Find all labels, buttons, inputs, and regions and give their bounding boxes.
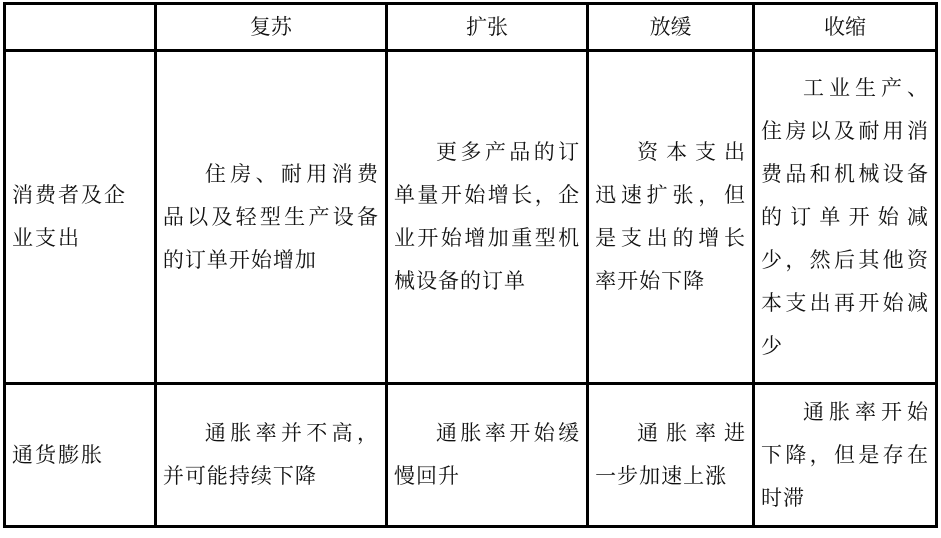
cell-inflation-expansion: 通胀率开始缓慢回升 xyxy=(386,384,587,527)
table-row: 消费者及企业支出 住房、耐用消费品以及轻型生产设备的订单开始增加 更多产品的订单… xyxy=(5,51,937,384)
header-slowdown: 放缓 xyxy=(588,4,754,51)
business-cycle-table: 复苏 扩张 放缓 收缩 消费者及企业支出 住房、耐用消费品以及轻型生产设备的订单… xyxy=(3,2,938,528)
row-label-inflation: 通货膨胀 xyxy=(5,384,156,527)
cell-spending-contraction: 工业生产、住房以及耐用消费品和机械设备的订单开始减少，然后其他资本支出再开始减少 xyxy=(753,51,936,384)
header-expansion: 扩张 xyxy=(386,4,587,51)
cell-inflation-slowdown: 通胀率进一步加速上涨 xyxy=(588,384,754,527)
cell-inflation-contraction: 通胀率开始下降，但是存在时滞 xyxy=(753,384,936,527)
cell-spending-recovery: 住房、耐用消费品以及轻型生产设备的订单开始增加 xyxy=(155,51,386,384)
row-label-spending: 消费者及企业支出 xyxy=(5,51,156,384)
table-row: 通货膨胀 通胀率并不高，并可能持续下降 通胀率开始缓慢回升 通胀率进一步加速上涨… xyxy=(5,384,937,527)
cell-spending-slowdown: 资本支出迅速扩张，但是支出的增长率开始下降 xyxy=(588,51,754,384)
header-contraction: 收缩 xyxy=(753,4,936,51)
header-row: 复苏 扩张 放缓 收缩 xyxy=(5,4,937,51)
header-empty xyxy=(5,4,156,51)
cell-inflation-recovery: 通胀率并不高，并可能持续下降 xyxy=(155,384,386,527)
cell-spending-expansion: 更多产品的订单量开始增长，企业开始增加重型机械设备的订单 xyxy=(386,51,587,384)
header-recovery: 复苏 xyxy=(155,4,386,51)
